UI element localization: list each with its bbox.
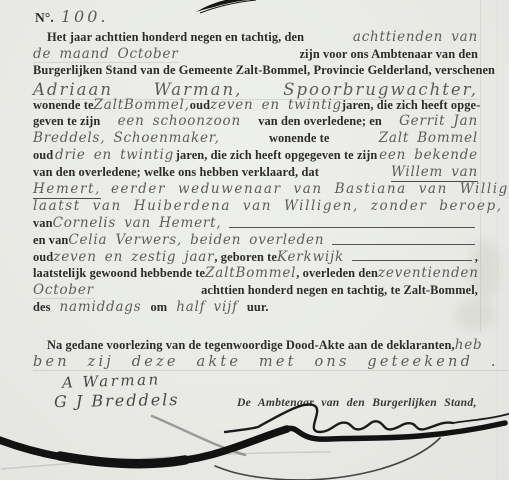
printed-text: , overleden den (296, 266, 378, 281)
document-line: geven te zijneen schoonzoonvan den overl… (33, 113, 478, 130)
handwritten-text: Celia Verwers, beiden overleden (68, 232, 324, 248)
handwritten-text: zeven en twintig (210, 97, 342, 113)
printed-text: oud (33, 250, 53, 265)
printed-text: Burgerlijken Stand van de Gemeente Zalt-… (33, 63, 478, 78)
document-line: Hemert,eerder weduwenaar van Bastiana va… (33, 181, 478, 198)
printed-text: jaren, die zich heeft opgegeven te zijn (176, 148, 378, 163)
document-line: laatstelijk gewoond hebbende teZaltBomme… (33, 265, 478, 282)
handwritten-text: ben zij deze akte met ons geteekend . — (33, 354, 509, 370)
handwritten-text: October (33, 282, 94, 298)
blank-fill-rule (332, 244, 475, 245)
handwritten-text: half vijf (176, 299, 238, 315)
handwritten-text: de maand October (33, 46, 179, 62)
document-line: vanCornelis van Hemert, (33, 215, 478, 232)
handwritten-text: heb (455, 337, 483, 353)
act-number-value: 100. (61, 7, 109, 26)
signature-breddels: G J Breddels (54, 390, 180, 411)
handwritten-text: Gerrit Jan (399, 113, 478, 129)
page-edge-line-outer (497, 0, 498, 480)
handwritten-text: Breddels, Schoenmaker, (33, 130, 220, 146)
printed-text: achttien honderd negen en tachtig, te Za… (201, 283, 478, 298)
handwritten-text: Zalt Bommel (379, 130, 478, 146)
document-line: Octoberachttien honderd negen en tachtig… (33, 282, 478, 299)
printed-text: van den overledene; welke ons hebben ver… (33, 165, 319, 180)
document-line: Burgerlijken Stand van de Gemeente Zalt-… (33, 63, 478, 80)
printed-text: wonende te (33, 98, 94, 113)
handwritten-text: zeventienden (378, 265, 479, 281)
printed-text: laatstelijk gewoond hebbende te (33, 266, 205, 281)
document-line: Adriaan Warman, Spoorbrugwachter, (33, 80, 478, 97)
blank-fill-rule (352, 260, 472, 261)
printed-text: jaren, die zich heeft opge- (342, 98, 480, 113)
handwritten-text: zeven en zestig jaar (53, 249, 214, 265)
document-line: laatst van Huiberdena van Willigen, zond… (33, 198, 478, 215)
printed-text: van (33, 216, 53, 231)
printed-text: en van (33, 233, 68, 248)
handwritten-text: namiddags (60, 299, 142, 315)
handwritten-text: Cornelis van Hemert, (53, 215, 222, 231)
handwritten-text: laatst van Huiberdena van Willigen, zond… (33, 198, 509, 214)
document-line: de maand Octoberzijn voor ons Ambtenaar … (33, 46, 478, 63)
printed-text: des (33, 300, 51, 315)
printed-text: van den overledene; en (258, 114, 382, 129)
printed-text: , geboren te (214, 250, 277, 265)
document-line: ben zij deze akte met ons geteekend . — (33, 354, 478, 371)
printed-text: , (475, 250, 478, 265)
printed-text: oud (190, 98, 210, 113)
printed-text: Na gedane voorlezing van de tegenwoordig… (47, 338, 455, 353)
handwritten-text: Willem van (391, 164, 478, 182)
handwritten-text: ZaltBommel, (94, 97, 190, 113)
printed-text: Het jaar achttien honderd negen en tacht… (47, 30, 304, 45)
document-line: Breddels, Schoenmaker,wonende teZalt Bom… (33, 130, 478, 147)
printed-text: uur. (247, 300, 269, 315)
handwritten-text: eerder weduwenaar van Bastiana van Willi… (111, 181, 509, 197)
document-line: Het jaar achttien honderd negen en tacht… (33, 29, 478, 46)
printed-text: om (150, 300, 167, 315)
document-line: Na gedane voorlezing van de tegenwoordig… (33, 337, 478, 354)
printed-text: oud (33, 148, 53, 163)
document-line: desnamiddagsomhalf vijfuur. (33, 299, 478, 316)
handwritten-text: achttienden van (353, 29, 478, 45)
handwritten-text: drie en twintig (55, 147, 174, 163)
document-line: ouddrie en twintigjaren, die zich heeft … (33, 147, 478, 164)
document-line: wonende teZaltBommel,oudzeven en twintig… (33, 97, 478, 114)
blank-fill-rule (229, 227, 475, 228)
document-line: en vanCelia Verwers, beiden overleden (33, 232, 478, 249)
signature-warman: A Warman (62, 370, 161, 391)
printed-text: geven te zijn (33, 114, 100, 129)
document-line: oudzeven en zestig jaar, geboren teKerkw… (33, 249, 478, 266)
handwritten-text: ZaltBommel (205, 265, 296, 281)
handwritten-text: een schoonzoon (118, 113, 241, 129)
death-certificate-page: N°. 100. Het jaar achttien honderd negen… (0, 0, 509, 480)
printed-text: wonende te (269, 131, 330, 146)
act-number-label: N°. (35, 10, 54, 26)
document-line: van den overledene; welke ons hebben ver… (33, 164, 478, 181)
act-number: N°. 100. (35, 7, 108, 26)
handwritten-text: Kerkwijk (277, 249, 344, 265)
registrar-caption: De Ambtenaar van den Burgerlijken Stand, (237, 396, 477, 409)
document-lines: Het jaar achttien honderd negen en tacht… (33, 29, 478, 371)
handwritten-text: Hemert, (33, 181, 101, 199)
handwritten-text: een bekende (379, 147, 478, 163)
printed-text: zijn voor ons Ambtenaar van den (299, 47, 478, 62)
